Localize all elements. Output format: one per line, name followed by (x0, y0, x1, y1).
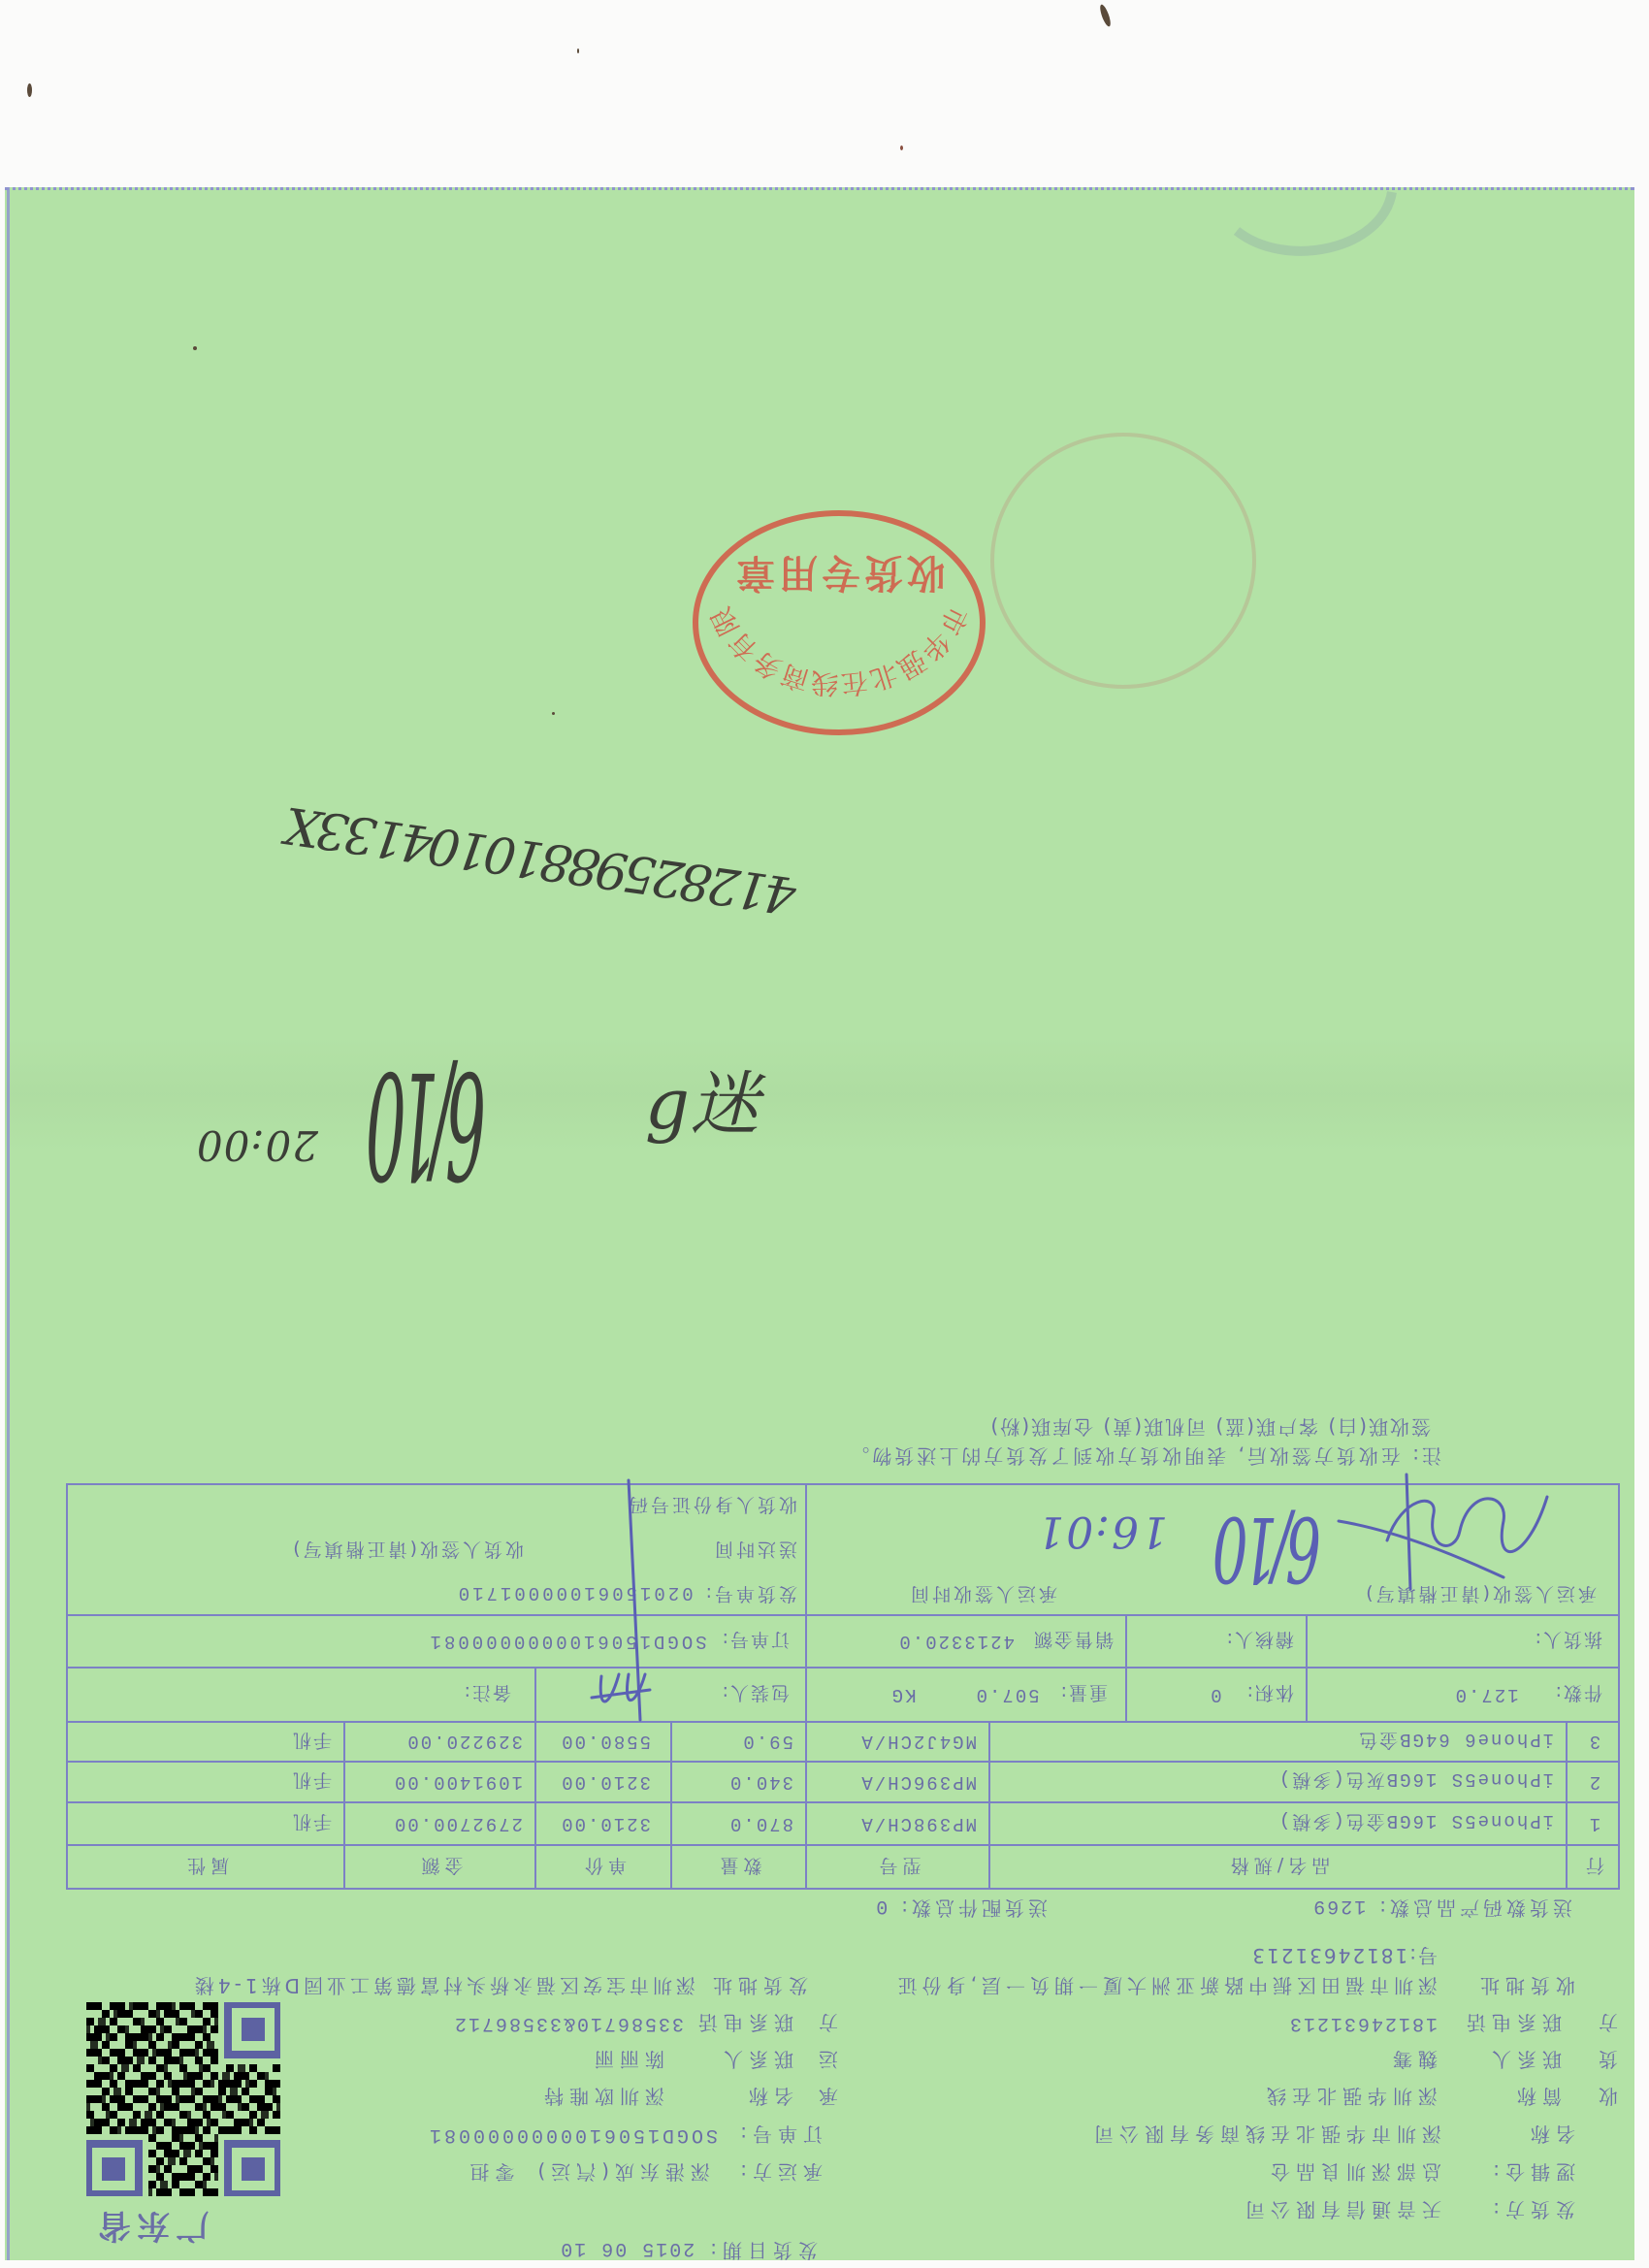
faint-stamp-impression (990, 433, 1256, 689)
receiver-date-handwritten: 6/10 (373, 1045, 486, 1201)
ink-smudge (1227, 187, 1402, 270)
scan-speck (552, 712, 555, 715)
receiver-signature: g迷 (645, 1065, 760, 1143)
stamp-arc-text-path: 深圳市华强北在线商务有限公司 (704, 601, 989, 739)
carrier-sign-date: 6/10 (1218, 1500, 1321, 1599)
packer-signature-scribble (592, 1674, 650, 1701)
scan-speck (900, 146, 903, 150)
scan-speck (577, 49, 579, 53)
scan-speck (27, 83, 32, 97)
stamp-arc-text: 深圳市华强北在线商务有限公司 (704, 601, 989, 739)
receipt-stamp: 深圳市华强北在线商务有限公司 收货专用章 (689, 506, 989, 739)
carrier-sign-time: 16:01 (1035, 1507, 1168, 1555)
carrier-signature-scribble (1339, 1474, 1547, 1589)
pen-stroke-line (629, 1480, 640, 1720)
scanned-delivery-note: 发货日期:2015 06 10 广东省 (0, 0, 1649, 2268)
stamp-center-text: 收货专用章 (732, 550, 946, 595)
scan-speck (193, 346, 197, 350)
receiver-time-handwritten: 20:00 (196, 1120, 318, 1169)
